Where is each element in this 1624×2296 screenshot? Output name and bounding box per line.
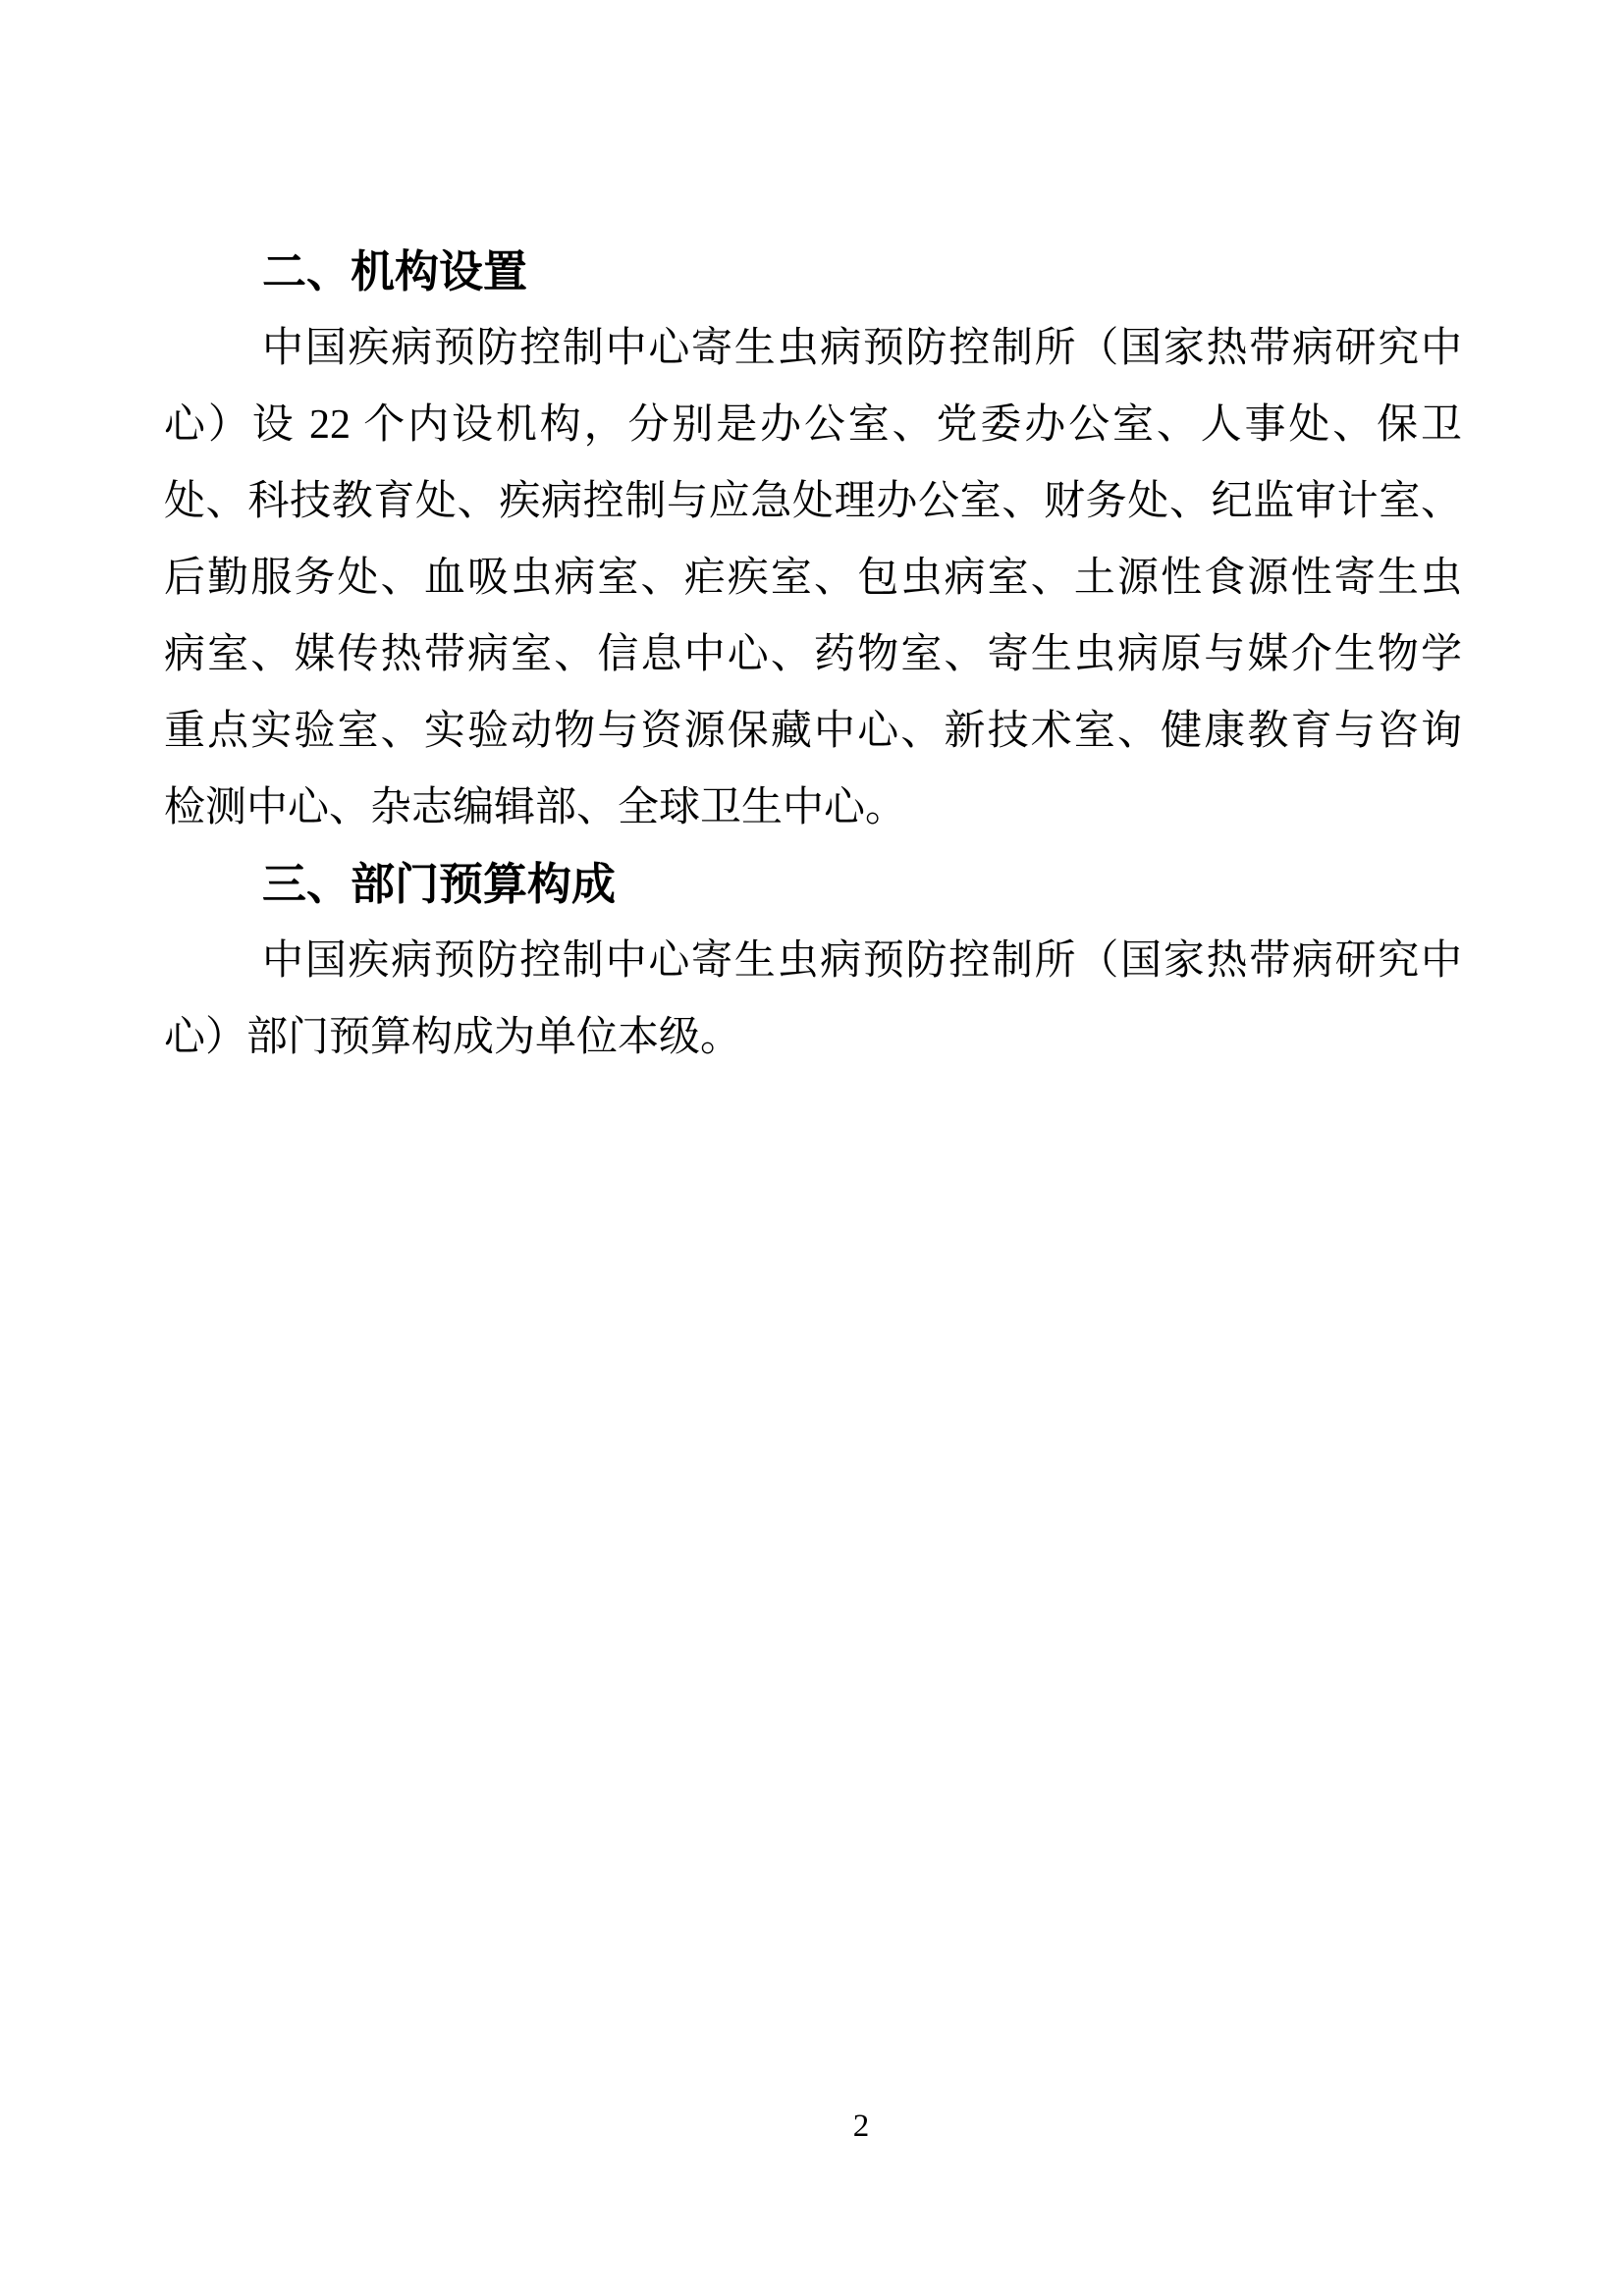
section-2-paragraph-line: 病室、媒传热带病室、信息中心、药物室、寄生虫病原与媒介生物学	[164, 616, 1462, 693]
section-2-paragraph-line: 心）设 22 个内设机构，分别是办公室、党委办公室、人事处、保卫	[164, 387, 1462, 463]
section-3-heading: 三、部门预算构成	[164, 846, 1462, 923]
section-3-paragraph-line: 中国疾病预防控制中心寄生虫病预防控制所（国家热带病研究中	[164, 923, 1462, 999]
document-body: 二、机构设置 中国疾病预防控制中心寄生虫病预防控制所（国家热带病研究中 心）设 …	[164, 234, 1462, 1076]
section-2-paragraph-line: 检测中心、杂志编辑部、全球卫生中心。	[164, 770, 1462, 846]
section-2-paragraph-line: 中国疾病预防控制中心寄生虫病预防控制所（国家热带病研究中	[164, 310, 1462, 387]
page-number: 2	[839, 2107, 883, 2146]
section-2-paragraph-line: 重点实验室、实验动物与资源保藏中心、新技术室、健康教育与咨询	[164, 693, 1462, 770]
section-3-paragraph-line: 心）部门预算构成为单位本级。	[164, 999, 1462, 1076]
section-2-paragraph-line: 处、科技教育处、疾病控制与应急处理办公室、财务处、纪监审计室、	[164, 463, 1462, 540]
section-2-heading: 二、机构设置	[164, 234, 1462, 310]
section-2-paragraph-line: 后勤服务处、血吸虫病室、疟疾室、包虫病室、土源性食源性寄生虫	[164, 540, 1462, 616]
document-page: 二、机构设置 中国疾病预防控制中心寄生虫病预防控制所（国家热带病研究中 心）设 …	[0, 0, 1624, 2296]
